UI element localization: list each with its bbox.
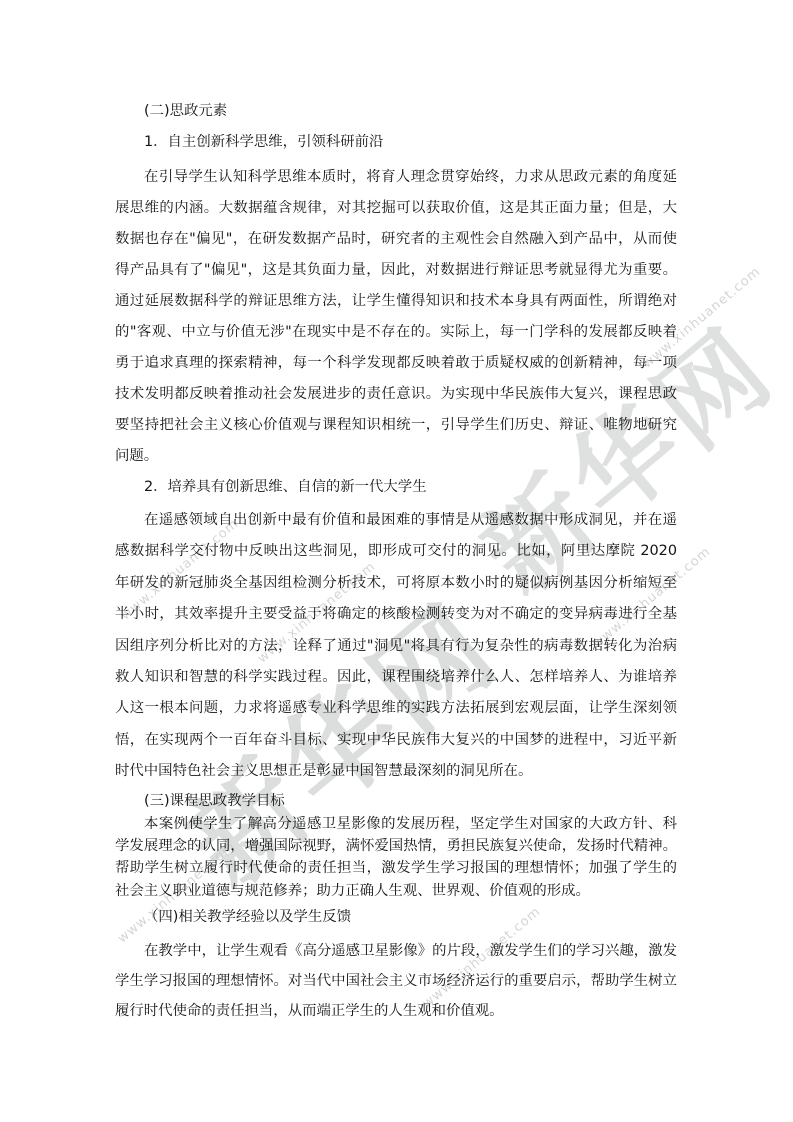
text-line: 1．自主创新科学思维，引领科研前沿 [115, 131, 677, 153]
text-line: 因组序列分析比对的方法，诠释了通过"洞见"将具有行为复杂性的病毒数据转化为治病 [115, 631, 677, 662]
section-heading: (二)思政元素 [115, 100, 677, 122]
paragraph: 在教学中，让学生观看《高分遥感卫星影像》的片段，激发学生们的学习兴趣，激发学生学… [115, 936, 677, 1026]
text-line: 的"客观、中立与价值无涉"在现实中是不存在的。实际上，每一门学科的发展都反映着 [115, 317, 677, 348]
text-line: 半小时，其效率提升主要受益于将确定的核酸检测转变为对不确定的变异病毒进行全基 [115, 599, 677, 630]
text-line: 悟，在实现两个一百年奋斗目标、实现中华民族伟大复兴的中国梦的进程中，习近平新 [115, 725, 677, 756]
text-line: 时代中国特色社会主义思想正是彰显中国智慧最深刻的洞见所在。 [115, 756, 677, 787]
document-page: 新华网 新华网 www.xinhuanet.com www.xinhuanet.… [0, 0, 793, 1122]
text-line: 通过延展数据科学的辩证思维方法，让学生懂得知识和技术本身具有两面性，所谓绝对 [115, 286, 677, 317]
text-line: (二)思政元素 [115, 100, 677, 122]
document-body: (二)思政元素1．自主创新科学思维，引领科研前沿在引导学生认知科学思维本质时，将… [115, 100, 677, 1026]
text-line: 本案例使学生了解高分遥感卫星影像的发展历程，坚定学生对国家的大政方针、科 [115, 813, 677, 835]
text-line: 感数据科学交付物中反映出这些洞见，即形成可交付的洞见。比如，阿里达摩院 2020 [115, 536, 677, 567]
text-line: 技术发明都反映着推动社会发展进步的责任意识。为实现中华民族伟大复兴，课程思政 [115, 379, 677, 410]
text-line: 救人知识和智慧的科学实践过程。因此，课程围绕培养什么人、怎样培养人、为谁培养 [115, 662, 677, 693]
section-heading: 2．培养具有创新思维、自信的新一代大学生 [115, 476, 677, 498]
text-line: 2．培养具有创新思维、自信的新一代大学生 [115, 476, 677, 498]
text-line: 履行时代使命的责任担当，从而端正学生的人生观和价值观。 [115, 996, 677, 1026]
text-line: 数据也存在"偏见"，在研发数据产品时，研究者的主观性会自然融入到产品中，从而使 [115, 224, 677, 255]
section-heading: (三)课程思政教学目标 [115, 790, 677, 812]
text-line: 人这一根本问题，力求将遥感专业科学思维的实践方法拓展到宏观层面，让学生深刻领 [115, 693, 677, 724]
text-line: 问题。 [115, 441, 677, 472]
text-line: 在遥感领域自出创新中最有价值和最困难的事情是从遥感数据中形成洞见，并在遥 [115, 505, 677, 536]
section-heading: 1．自主创新科学思维，引领科研前沿 [115, 131, 677, 153]
text-line: 在引导学生认知科学思维本质时，将育人理念贯穿始终，力求从思政元素的角度延 [115, 162, 677, 193]
section-heading: （四)相关教学经验以及学生反馈 [115, 906, 677, 928]
text-line: 学生学习报国的理想情怀。对当代中国社会主义市场经济运行的重要启示，帮助学生树立 [115, 966, 677, 996]
text-line: 学发展理念的认同，增强国际视野，满怀爱国热情，勇担民族复兴使命，发扬时代精神。 [115, 835, 677, 857]
text-line: 要坚持把社会主义核心价值观与课程知识相统一，引导学生们历史、辩证、唯物地研究 [115, 410, 677, 441]
paragraph: 在遥感领域自出创新中最有价值和最困难的事情是从遥感数据中形成洞见，并在遥感数据科… [115, 505, 677, 788]
text-line: 展思维的内涵。大数据蕴含规律，对其挖掘可以获取价值，这是其正面力量；但是，大 [115, 193, 677, 224]
text-line: 帮助学生树立履行时代使命的责任担当，激发学生学习报国的理想情怀；加强了学生的 [115, 857, 677, 879]
text-line: 得产品具有了"偏见"，这是其负面力量，因此，对数据进行辩证思考就显得尤为重要。 [115, 255, 677, 286]
text-line: 勇于追求真理的探索精神，每一个科学发现都反映着敢于质疑权威的创新精神，每一项 [115, 348, 677, 379]
text-line: 在教学中，让学生观看《高分遥感卫星影像》的片段，激发学生们的学习兴趣，激发 [115, 936, 677, 966]
text-line: 社会主义职业道德与规范修养；助力正确人生观、世界观、价值观的形成。 [115, 880, 677, 902]
text-line: 年研发的新冠肺炎全基因组检测分析技术，可将原本数小时的疑似病例基因分析缩短至 [115, 568, 677, 599]
text-line: （四)相关教学经验以及学生反馈 [115, 906, 677, 928]
text-line: (三)课程思政教学目标 [115, 790, 677, 812]
paragraph: 本案例使学生了解高分遥感卫星影像的发展历程，坚定学生对国家的大政方针、科学发展理… [115, 813, 677, 903]
paragraph: 在引导学生认知科学思维本质时，将育人理念贯穿始终，力求从思政元素的角度延展思维的… [115, 162, 677, 472]
